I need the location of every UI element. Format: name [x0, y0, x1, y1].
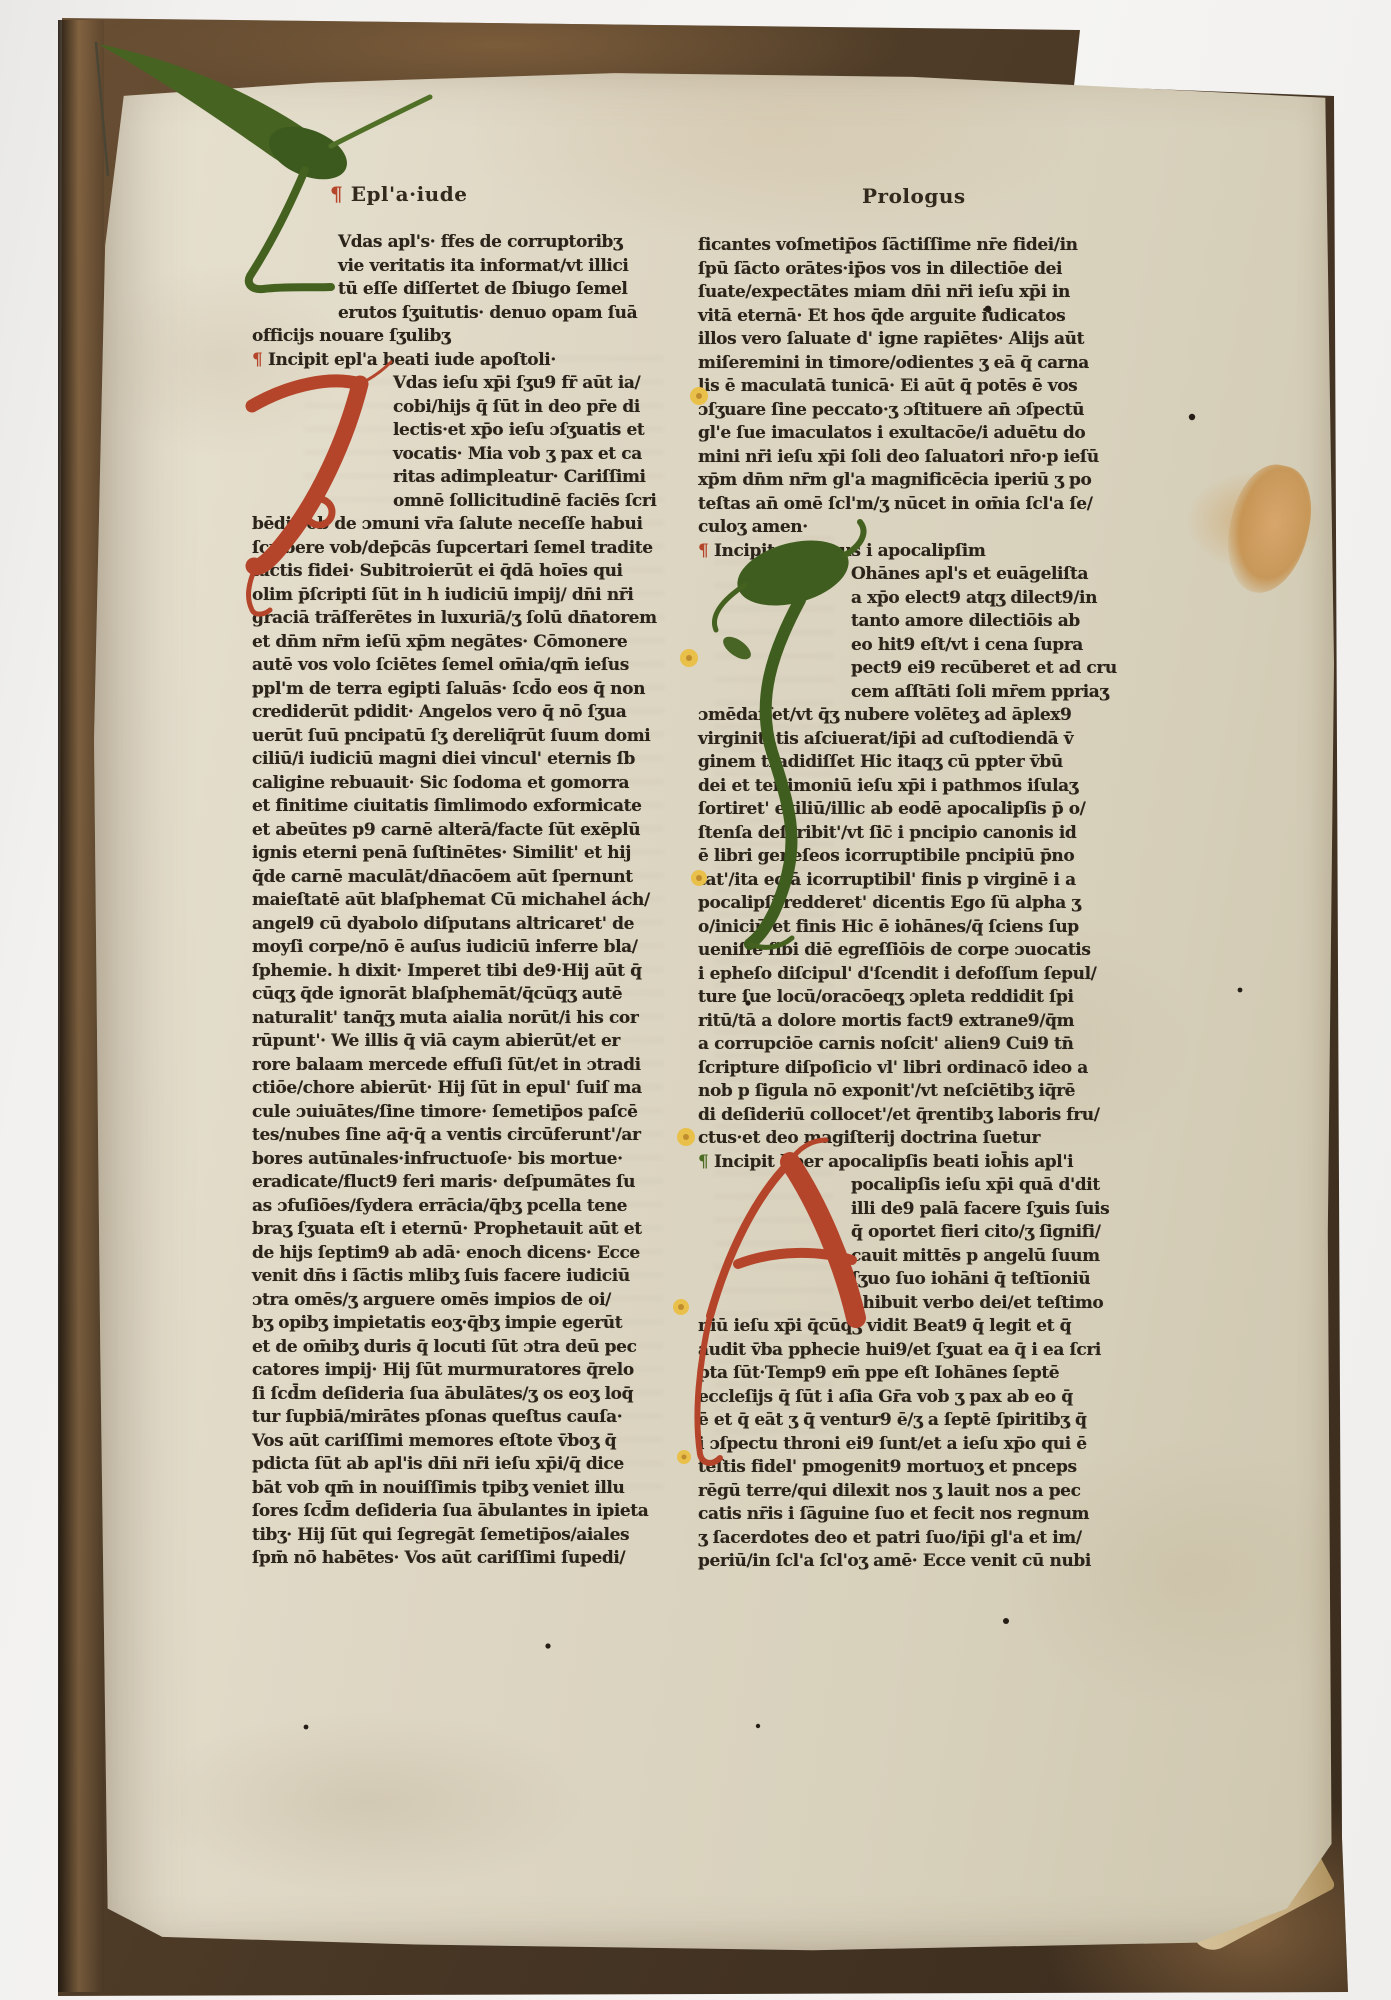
- pilcrow-mark: ¶: [252, 350, 268, 370]
- line-text: ſi ſcd̄m deſideria ſua ābulātes/ʒ os eoʒ…: [252, 1384, 633, 1404]
- text-line: xp̄m dn̄m nr̄m gl'a magnificēcia iperiū …: [698, 469, 1122, 493]
- line-text: lectis·et xp̄o ieſu ɔſʒuatis et: [393, 420, 644, 440]
- text-line: audit v̄ba pphecie hui9/et ſʒuat ea q̄ i…: [698, 1339, 1122, 1363]
- text-line: pect9 ei9 recūberet et ad cru: [698, 657, 1122, 681]
- line-text: ɔmēdaſſet/vt q̄ʒ nubere volēteʒ ad āplex…: [698, 705, 1071, 725]
- line-text: tū eſſe diſſertet de ſbiugo ſemel: [338, 279, 627, 299]
- line-text: o/iniciū et finis Hic ē iohānes/q̄ ſcien…: [698, 917, 1079, 937]
- text-line: omnē ſollicitudinē faciēs ſcri: [252, 490, 672, 514]
- line-text: et de om̄ibʒ duris q̄ locuti ſūt ɔtra de…: [252, 1337, 637, 1357]
- line-text: catores impij· Hij ſūt murmuratores q̄re…: [252, 1360, 634, 1380]
- line-text: tanto amore dilectiōis ab: [851, 611, 1080, 631]
- line-text: Incipit epl'a beati iude apoſtoli·: [268, 350, 556, 370]
- text-line: ſpū ſācto orātes·ip̄os vos in dilectiōe …: [698, 258, 1122, 282]
- line-text: ē et q̄ eāt ʒ q̄ ventur9 ē/ʒ a ſeptē ſpi…: [698, 1410, 1087, 1430]
- text-line: niū ieſu xp̄i q̄cūqʒ vidit Beat9 q̄ legi…: [698, 1315, 1122, 1339]
- line-text: ſcripture diſpoſicio vl' libri ordinacō …: [698, 1058, 1088, 1078]
- line-text: lis ē maculatā tunicā· Ei aūt q̄ potēs ē…: [698, 376, 1077, 396]
- line-text: ſpū ſācto orātes·ip̄os vos in dilectiōe …: [698, 259, 1062, 279]
- line-text: nob p ſigula nō exponit'/vt neſciētibʒ i…: [698, 1081, 1075, 1101]
- line-text: ſʒuo ſuo iohāni q̄ teſtīoniū: [851, 1269, 1090, 1289]
- text-line: o/iniciū et finis Hic ē iohānes/q̄ ſcien…: [698, 916, 1122, 940]
- line-text: bores autūnales·infructuoſe· bis mortue·: [252, 1149, 623, 1169]
- text-line: rēgū terre/qui dilexit nos ʒ lauit nos a…: [698, 1480, 1122, 1504]
- line-text: eccleſijs q̄ ſūt i aſia Gr̄a vob ʒ pax a…: [698, 1387, 1073, 1407]
- line-text: cauit mittēs p angelū ſuum: [851, 1246, 1100, 1266]
- line-text: ciliū/i iudiciū magni diei vincul' etern…: [252, 749, 635, 769]
- text-line: vitā eternā· Et hos q̄de arguite iudicat…: [698, 305, 1122, 329]
- text-line: mini nr̄i ieſu xp̄i ſoli deo ſaluatori n…: [698, 446, 1122, 470]
- line-text: dei et teſtimoniū ieſu xp̄i i pathmos iſ…: [698, 776, 1078, 796]
- line-text: pocalipſi redderet' dicentis Ego ſū alph…: [698, 893, 1081, 913]
- text-line: vie veritatis ita informat/vt illici: [252, 255, 672, 279]
- line-text: bʒ opibʒ impietatis eoʒ·q̄bʒ impie egerū…: [252, 1313, 622, 1333]
- line-text: eo hit9 eſt/vt i cena ſupra: [851, 635, 1083, 655]
- text-line: pdicta ſūt ab apl'is dn̄i nr̄i ieſu xp̄i…: [252, 1453, 672, 1477]
- text-line: cule ɔuiuātes/ſine timore· ſemetip̄os pa…: [252, 1101, 672, 1125]
- text-line: pocalipſis ieſu xp̄i quā d'dit: [698, 1174, 1122, 1198]
- text-line: rore balaam mercede effuſi ſūt/et in ɔtr…: [252, 1054, 672, 1078]
- text-line: gr̄aciā trāſferētes in luxuriā/ʒ ſolū dn…: [252, 607, 672, 631]
- text-line: catores impij· Hij ſūt murmuratores q̄re…: [252, 1359, 672, 1383]
- text-line: ſpm̄ nō habētes· Vos aūt cariſſimi ſuped…: [252, 1547, 672, 1571]
- line-text: naturalit' tanq̄ʒ muta aialia norūt/i hi…: [252, 1008, 638, 1028]
- line-text: vocatis· Mia vob ʒ pax et ca: [393, 444, 642, 464]
- text-line: tat'/ita eciā icorruptibil' finis p virg…: [698, 869, 1122, 893]
- pilcrow-mark: ¶: [698, 541, 714, 561]
- line-text: rore balaam mercede effuſi ſūt/et in ɔtr…: [252, 1055, 641, 1075]
- text-line: eccleſijs q̄ ſūt i aſia Gr̄a vob ʒ pax a…: [698, 1386, 1122, 1410]
- text-line: et abeūtes p9 carnē alterā/facte ſūt exē…: [252, 819, 672, 843]
- text-line: ɔtra omēs/ʒ arguere omēs impios de oi/: [252, 1289, 672, 1313]
- line-text: bāt vob qm̄ in nouiſſimis tpibʒ veniet i…: [252, 1478, 624, 1498]
- rubric-line: ¶ Incipit prologus i apocalipſim: [698, 540, 1122, 564]
- line-text: as ɔfuſiōes/ſydera errācia/q̄bʒ pcella t…: [252, 1196, 627, 1216]
- text-line: tibʒ· Hij ſūt qui ſegregāt ſemetip̄os/ai…: [252, 1524, 672, 1548]
- line-text: ture ſue locū/oracōeqʒ ɔpleta reddidit ſ…: [698, 987, 1074, 1007]
- line-text: ritū/tā a dolore mortis fact9 extrane9/q…: [698, 1011, 1074, 1031]
- line-text: ppl'm de terra egipti ſaluās· ſcd̄o eos …: [252, 679, 645, 699]
- text-line: olim p̄ſcripti ſūt in h iudiciū impij/ d…: [252, 584, 672, 608]
- line-text: ignis eterni penā ſuſtinētes· Similit' e…: [252, 843, 631, 863]
- line-text: xp̄m dn̄m nr̄m gl'a magnificēcia iperiū …: [698, 470, 1091, 490]
- line-text: i epheſo diſcipul' d'ſcendit i defoſſum …: [698, 964, 1096, 984]
- line-text: vitā eternā· Et hos q̄de arguite iudicat…: [698, 306, 1065, 326]
- text-line: di deſideriū collocet'/et q̄rentibʒ labo…: [698, 1104, 1122, 1128]
- line-text: ē libri geneſeos icorruptibile pncipiū p…: [698, 846, 1074, 866]
- line-text: bēdi vob de ɔmuni vr̄a ſalute neceſſe ha…: [252, 514, 643, 534]
- text-line: pocalipſi redderet' dicentis Ego ſū alph…: [698, 892, 1122, 916]
- text-line: ture ſue locū/oracōeqʒ ɔpleta reddidit ſ…: [698, 986, 1122, 1010]
- line-text: gr̄aciā trāſferētes in luxuriā/ʒ ſolū dn…: [252, 608, 657, 628]
- rubric-line: ¶ Incipit epl'a beati iude apoſtoli·: [252, 349, 672, 373]
- line-text: miſeremini in timore/odientes ʒ eā q̄ ca…: [698, 353, 1089, 373]
- text-line: ritas adimpleatur· Cariſſimi: [252, 466, 672, 490]
- line-text: ɔſʒuare ſine peccato·ʒ ɔſtituere an̄ ɔſp…: [698, 400, 1084, 420]
- line-text: cem aſſtāti ſoli mr̄em ppriaʒ: [851, 682, 1109, 702]
- line-text: ueniſſe ſibi diē egreſſiōis de corpe ɔuo…: [698, 940, 1091, 960]
- text-line: illi de9 palā facere ſʒuis ſuis: [698, 1198, 1122, 1222]
- line-text: crediderūt pdidit· Angelos vero q̄ nō ſʒ…: [252, 702, 626, 722]
- line-text: vie veritatis ita informat/vt illici: [338, 256, 628, 276]
- text-line: rūpunt'· We illis q̄ viā caym abierūt/et…: [252, 1030, 672, 1054]
- line-text: eradicate/fluct9 feri maris· deſpumātes …: [252, 1172, 635, 1192]
- line-text: de hijs ſeptim9 ab adā· enoch dicens· Ec…: [252, 1243, 640, 1263]
- line-text: et finitime ciuitatis ſimlimodo exformic…: [252, 796, 642, 816]
- text-line: ppl'm de terra egipti ſaluās· ſcd̄o eos …: [252, 678, 672, 702]
- text-line: caligine rebuauit· Sic ſodoma et gomorra: [252, 772, 672, 796]
- line-text: q̄de carnē maculāt/dn̄acōem aūt ſpernunt: [252, 867, 633, 887]
- pilcrow-mark: ¶: [330, 182, 343, 206]
- text-line: gl'e ſue imaculatos i exultacōe/i aduētu…: [698, 422, 1122, 446]
- page-stain: [1217, 457, 1320, 600]
- line-text: rūpunt'· We illis q̄ viā caym abierūt/et…: [252, 1031, 620, 1051]
- text-line: teſtis fidel' pmogenit9 mortuoʒ et pncep…: [698, 1456, 1122, 1480]
- line-text: Vos aūt cariſſimi memores eſtote v̄boʒ q…: [252, 1431, 616, 1451]
- line-text: audit v̄ba pphecie hui9/et ſʒuat ea q̄ i…: [698, 1340, 1101, 1360]
- text-line: ſortiret' exiliū/illic ab eodē apocalipſ…: [698, 798, 1122, 822]
- text-line: ſtenſa deſcribit'/vt ſic̄ i pncipio cano…: [698, 822, 1122, 846]
- text-line: tur ſupbiā/mirātes pſonas queſtus cauſa·: [252, 1406, 672, 1430]
- text-line: ſuate/expectātes miam dn̄i nr̄i ieſu xp̄…: [698, 281, 1122, 305]
- text-line: moyſi corpe/nō ē auſus iudiciū inferre b…: [252, 936, 672, 960]
- line-text: illos vero ſaluate d' igne rapiētes· Ali…: [698, 329, 1084, 349]
- line-text: niū ieſu xp̄i q̄cūqʒ vidit Beat9 q̄ legi…: [698, 1316, 1071, 1336]
- line-text: rēgū terre/qui dilexit nos ʒ lauit nos a…: [698, 1481, 1081, 1501]
- line-text: ſāctis fidei· Subitroierūt ei q̄dā hoīes…: [252, 561, 623, 581]
- text-line: eo hit9 eſt/vt i cena ſupra: [698, 634, 1122, 658]
- text-line: ſphemie. h dixit· Imperet tibi de9·Hij a…: [252, 960, 672, 984]
- text-line: tū eſſe diſſertet de ſbiugo ſemel: [252, 278, 672, 302]
- line-text: tes/nubes ſine aq̄·q̄ a ventis circūferu…: [252, 1125, 641, 1145]
- text-line: Vos aūt cariſſimi memores eſtote v̄boʒ q…: [252, 1430, 672, 1454]
- text-line: ginem tradidiſſet Hic itaqʒ cū ppter v̄b…: [698, 751, 1122, 775]
- text-line: ē et q̄ eāt ʒ q̄ ventur9 ē/ʒ a ſeptē ſpi…: [698, 1409, 1122, 1433]
- text-line: i ɔſpectu throni ei9 ſunt/et a ieſu xp̄o…: [698, 1433, 1122, 1457]
- text-line: periū/in ſcl'a ſcl'oʒ amē· Ecce venit cū…: [698, 1550, 1122, 1574]
- line-text: gl'e ſue imaculatos i exultacōe/i aduētu…: [698, 423, 1085, 443]
- line-text: venit dn̄s i ſāctis mlibʒ ſuis facere iu…: [252, 1266, 630, 1286]
- line-text: braʒ ſʒuata eſt i eternū· Prophetauit aū…: [252, 1219, 642, 1239]
- line-text: moyſi corpe/nō ē auſus iudiciū inferre b…: [252, 937, 638, 957]
- text-line: braʒ ſʒuata eſt i eternū· Prophetauit aū…: [252, 1218, 672, 1242]
- line-text: ɔtra omēs/ʒ arguere omēs impios de oi/: [252, 1290, 611, 1310]
- text-line: culoʒ amen·: [698, 516, 1122, 540]
- line-text: di deſideriū collocet'/et q̄rentibʒ labo…: [698, 1105, 1100, 1125]
- line-text: cūqʒ q̄de ignorāt blaſphemāt/q̄cūqʒ autē: [252, 984, 622, 1004]
- text-line: nob p ſigula nō exponit'/vt neſciētibʒ i…: [698, 1080, 1122, 1104]
- text-line: ē libri geneſeos icorruptibile pncipiū p…: [698, 845, 1122, 869]
- text-line: ciliū/i iudiciū magni diei vincul' etern…: [252, 748, 672, 772]
- line-text: angel9 cū dyabolo diſputans altricaret' …: [252, 914, 634, 934]
- line-text: pocalipſis ieſu xp̄i quā d'dit: [851, 1175, 1100, 1195]
- text-line: a xp̄o elect9 atqʒ dilect9/in: [698, 587, 1122, 611]
- text-line: cauit mittēs p angelū ſuum: [698, 1245, 1122, 1269]
- line-text: i ɔſpectu throni ei9 ſunt/et a ieſu xp̄o…: [698, 1434, 1087, 1454]
- line-text: culoʒ amen·: [698, 517, 808, 537]
- text-line: uerūt ſuū pncipatū ſʒ dereliq̄rūt ſuum d…: [252, 725, 672, 749]
- text-line: catis nr̄is i ſāguine ſuo et fecit nos r…: [698, 1503, 1122, 1527]
- line-text: Incipit prologus i apocalipſim: [714, 541, 986, 561]
- line-text: Incipit liber apocalipſis beati ioh̄is a…: [714, 1152, 1073, 1172]
- line-text: cobi/hijs q̄ ſūt in deo pr̄e di: [393, 397, 640, 417]
- line-text: q̄ oportet fieri cito/ʒ ſignifi/: [851, 1222, 1101, 1242]
- text-line: miſeremini in timore/odientes ʒ eā q̄ ca…: [698, 352, 1122, 376]
- text-line: cūqʒ q̄de ignorāt blaſphemāt/q̄cūqʒ autē: [252, 983, 672, 1007]
- line-text: ſcribere vob/dep̄cās ſupcertari ſemel tr…: [252, 538, 653, 558]
- text-line: vocatis· Mia vob ʒ pax et ca: [252, 443, 672, 467]
- line-text: et dn̄m nr̄m ieſū xp̄m negātes· Cōmonere: [252, 632, 627, 652]
- text-line: ɔſʒuare ſine peccato·ʒ ɔſtituere an̄ ɔſp…: [698, 399, 1122, 423]
- text-line: ɔmēdaſſet/vt q̄ʒ nubere volēteʒ ad āplex…: [698, 704, 1122, 728]
- text-line: q̄ oportet fieri cito/ʒ ſignifi/: [698, 1221, 1122, 1245]
- text-line: Vdas ieſu xp̄i ſʒu9 fr̄ aūt ia/: [252, 372, 672, 396]
- text-line: q̄de carnē maculāt/dn̄acōem aūt ſpernunt: [252, 866, 672, 890]
- text-line: ʒ ſacerdotes deo et patri ſuo/ip̄i gl'a …: [698, 1527, 1122, 1551]
- text-line: dei et teſtimoniū ieſu xp̄i i pathmos iſ…: [698, 775, 1122, 799]
- line-text: ginem tradidiſſet Hic itaqʒ cū ppter v̄b…: [698, 752, 1063, 772]
- text-line: maieſtatē aūt blaſphemat Cū michahel ách…: [252, 889, 672, 913]
- line-text: Ohānes apl's et euāgeliſta: [851, 564, 1088, 584]
- text-line: erutos ſʒuitutis· denuo opam ſuā: [252, 302, 672, 326]
- text-line: angel9 cū dyabolo diſputans altricaret' …: [252, 913, 672, 937]
- text-line: phibuit verbo dei/et teſtimo: [698, 1292, 1122, 1316]
- text-line: bʒ opibʒ impietatis eoʒ·q̄bʒ impie egerū…: [252, 1312, 672, 1336]
- text-line: crediderūt pdidit· Angelos vero q̄ nō ſʒ…: [252, 701, 672, 725]
- line-text: pdicta ſūt ab apl'is dn̄i nr̄i ieſu xp̄i…: [252, 1454, 624, 1474]
- line-text: illi de9 palā facere ſʒuis ſuis: [851, 1199, 1109, 1219]
- text-line: tanto amore dilectiōis ab: [698, 610, 1122, 634]
- line-text: Vdas apl's· ffes de corruptoribʒ: [338, 232, 622, 252]
- line-text: uerūt ſuū pncipatū ſʒ dereliq̄rūt ſuum d…: [252, 726, 650, 746]
- line-text: virginitatis aſciuerat/ip̄i ad cuſtodien…: [698, 729, 1073, 749]
- line-text: tibʒ· Hij ſūt qui ſegregāt ſemetip̄os/ai…: [252, 1525, 629, 1545]
- line-text: a xp̄o elect9 atqʒ dilect9/in: [851, 588, 1097, 608]
- text-line: a corrupciōe carnis noſcit' alien9 Cui9 …: [698, 1033, 1122, 1057]
- line-text: periū/in ſcl'a ſcl'oʒ amē· Ecce venit cū…: [698, 1551, 1091, 1571]
- text-line: ritū/tā a dolore mortis fact9 extrane9/q…: [698, 1010, 1122, 1034]
- line-text: Vdas ieſu xp̄i ſʒu9 fr̄ aūt ia/: [393, 373, 640, 393]
- text-line: i epheſo diſcipul' d'ſcendit i defoſſum …: [698, 963, 1122, 987]
- line-text: olim p̄ſcripti ſūt in h iudiciū impij/ d…: [252, 585, 633, 605]
- photo-background: ¶ Epl'a·iude Prologus Vdas apl's· ffes d…: [0, 0, 1391, 2000]
- text-line: ctus·et deo magiſterij doctrina ſuetur: [698, 1127, 1122, 1151]
- text-line: ctiōe/chore abierūt· Hij ſūt in epul' ſu…: [252, 1077, 672, 1101]
- text-line: bēdi vob de ɔmuni vr̄a ſalute neceſſe ha…: [252, 513, 672, 537]
- line-text: autē vos volo ſciētes ſemel om̄ia/qm̄ ie…: [252, 655, 629, 675]
- line-text: teſtas an̄ omē ſcl'm/ʒ nūcet in om̄ia ſc…: [698, 494, 1093, 514]
- line-text: tat'/ita eciā icorruptibil' finis p virg…: [698, 870, 1076, 890]
- text-line: et dn̄m nr̄m ieſū xp̄m negātes· Cōmonere: [252, 631, 672, 655]
- line-text: tur ſupbiā/mirātes pſonas queſtus cauſa·: [252, 1407, 622, 1427]
- text-line: ſcribere vob/dep̄cās ſupcertari ſemel tr…: [252, 537, 672, 561]
- text-line: virginitatis aſciuerat/ip̄i ad cuſtodien…: [698, 728, 1122, 752]
- text-line: lectis·et xp̄o ieſu ɔſʒuatis et: [252, 419, 672, 443]
- text-line: cem aſſtāti ſoli mr̄em ppriaʒ: [698, 681, 1122, 705]
- line-text: ſuate/expectātes miam dn̄i nr̄i ieſu xp̄…: [698, 282, 1070, 302]
- text-line: ſāctis fidei· Subitroierūt ei q̄dā hoīes…: [252, 560, 672, 584]
- text-line: Ohānes apl's et euāgeliſta: [698, 563, 1122, 587]
- line-text: ſores ſcd̄m deſideria ſua ābulantes in i…: [252, 1501, 648, 1521]
- text-line: et de om̄ibʒ duris q̄ locuti ſūt ɔtra de…: [252, 1336, 672, 1360]
- line-text: ſpm̄ nō habētes· Vos aūt cariſſimi ſuped…: [252, 1548, 625, 1568]
- line-text: phibuit verbo dei/et teſtimo: [851, 1293, 1103, 1313]
- line-text: mini nr̄i ieſu xp̄i ſoli deo ſaluatori n…: [698, 447, 1099, 467]
- line-text: cule ɔuiuātes/ſine timore· ſemetip̄os pa…: [252, 1102, 638, 1122]
- text-line: ſi ſcd̄m deſideria ſua ābulātes/ʒ os eoʒ…: [252, 1383, 672, 1407]
- pilcrow-mark: ¶: [698, 1152, 714, 1172]
- text-line: naturalit' tanq̄ʒ muta aialia norūt/i hi…: [252, 1007, 672, 1031]
- line-text: caligine rebuauit· Sic ſodoma et gomorra: [252, 773, 629, 793]
- line-text: catis nr̄is i ſāguine ſuo et fecit nos r…: [698, 1504, 1089, 1524]
- text-line: bāt vob qm̄ in nouiſſimis tpibʒ veniet i…: [252, 1477, 672, 1501]
- text-line: bores autūnales·infructuoſe· bis mortue·: [252, 1148, 672, 1172]
- line-text: teſtis fidel' pmogenit9 mortuoʒ et pncep…: [698, 1457, 1077, 1477]
- running-title-right: Prologus: [862, 184, 966, 208]
- text-line: ignis eterni penā ſuſtinētes· Similit' e…: [252, 842, 672, 866]
- text-line: ueniſſe ſibi diē egreſſiōis de corpe ɔuo…: [698, 939, 1122, 963]
- running-title-right-text: Prologus: [862, 184, 966, 208]
- text-line: de hijs ſeptim9 ab adā· enoch dicens· Ec…: [252, 1242, 672, 1266]
- line-text: ctiōe/chore abierūt· Hij ſūt in epul' ſu…: [252, 1078, 642, 1098]
- text-line: as ɔfuſiōes/ſydera errācia/q̄bʒ pcella t…: [252, 1195, 672, 1219]
- text-line: officijs nouare ſʒulibʒ: [252, 325, 672, 349]
- running-title-left-text: Epl'a·iude: [351, 182, 468, 206]
- line-text: a corrupciōe carnis noſcit' alien9 Cui9 …: [698, 1034, 1073, 1054]
- text-line: teſtas an̄ omē ſcl'm/ʒ nūcet in om̄ia ſc…: [698, 493, 1122, 517]
- line-text: erutos ſʒuitutis· denuo opam ſuā: [338, 303, 637, 323]
- text-line: ſʒuo ſuo iohāni q̄ teſtīoniū: [698, 1268, 1122, 1292]
- line-text: omnē ſollicitudinē faciēs ſcri: [393, 491, 656, 511]
- text-line: autē vos volo ſciētes ſemel om̄ia/qm̄ ie…: [252, 654, 672, 678]
- text-line: pta ſūt·Temp9 em̄ ppe eſt Iohānes ſeptē: [698, 1362, 1122, 1386]
- text-line: ficantes voſmetip̄os ſāctiſſime nr̄e fid…: [698, 234, 1122, 258]
- line-text: ctus·et deo magiſterij doctrina ſuetur: [698, 1128, 1040, 1148]
- line-text: pta ſūt·Temp9 em̄ ppe eſt Iohānes ſeptē: [698, 1363, 1059, 1383]
- line-text: ficantes voſmetip̄os ſāctiſſime nr̄e fid…: [698, 235, 1078, 255]
- text-line: venit dn̄s i ſāctis mlibʒ ſuis facere iu…: [252, 1265, 672, 1289]
- text-column-right: ficantes voſmetip̄os ſāctiſſime nr̄e fid…: [698, 234, 1122, 1574]
- line-text: ritas adimpleatur· Cariſſimi: [393, 467, 646, 487]
- line-text: pect9 ei9 recūberet et ad cru: [851, 658, 1117, 678]
- text-line: tes/nubes ſine aq̄·q̄ a ventis circūferu…: [252, 1124, 672, 1148]
- line-text: ſtenſa deſcribit'/vt ſic̄ i pncipio cano…: [698, 823, 1076, 843]
- text-line: et finitime ciuitatis ſimlimodo exformic…: [252, 795, 672, 819]
- line-text: officijs nouare ſʒulibʒ: [252, 326, 450, 346]
- line-text: et abeūtes p9 carnē alterā/facte ſūt exē…: [252, 820, 640, 840]
- text-line: ſcripture diſpoſicio vl' libri ordinacō …: [698, 1057, 1122, 1081]
- text-column-left: Vdas apl's· ffes de corruptoribʒvie veri…: [252, 231, 672, 1571]
- text-line: illos vero ſaluate d' igne rapiētes· Ali…: [698, 328, 1122, 352]
- text-line: lis ē maculatā tunicā· Ei aūt q̄ potēs ē…: [698, 375, 1122, 399]
- line-text: ʒ ſacerdotes deo et patri ſuo/ip̄i gl'a …: [698, 1528, 1082, 1548]
- line-text: ſphemie. h dixit· Imperet tibi de9·Hij a…: [252, 961, 642, 981]
- line-text: maieſtatē aūt blaſphemat Cū michahel ách…: [252, 890, 650, 910]
- text-line: Vdas apl's· ffes de corruptoribʒ: [252, 231, 672, 255]
- running-title-left: ¶ Epl'a·iude: [330, 182, 467, 206]
- text-line: ſores ſcd̄m deſideria ſua ābulantes in i…: [252, 1500, 672, 1524]
- rubric-line: ¶ Incipit liber apocalipſis beati ioh̄is…: [698, 1151, 1122, 1175]
- text-line: cobi/hijs q̄ ſūt in deo pr̄e di: [252, 396, 672, 420]
- text-line: eradicate/fluct9 feri maris· deſpumātes …: [252, 1171, 672, 1195]
- line-text: ſortiret' exiliū/illic ab eodē apocalipſ…: [698, 799, 1085, 819]
